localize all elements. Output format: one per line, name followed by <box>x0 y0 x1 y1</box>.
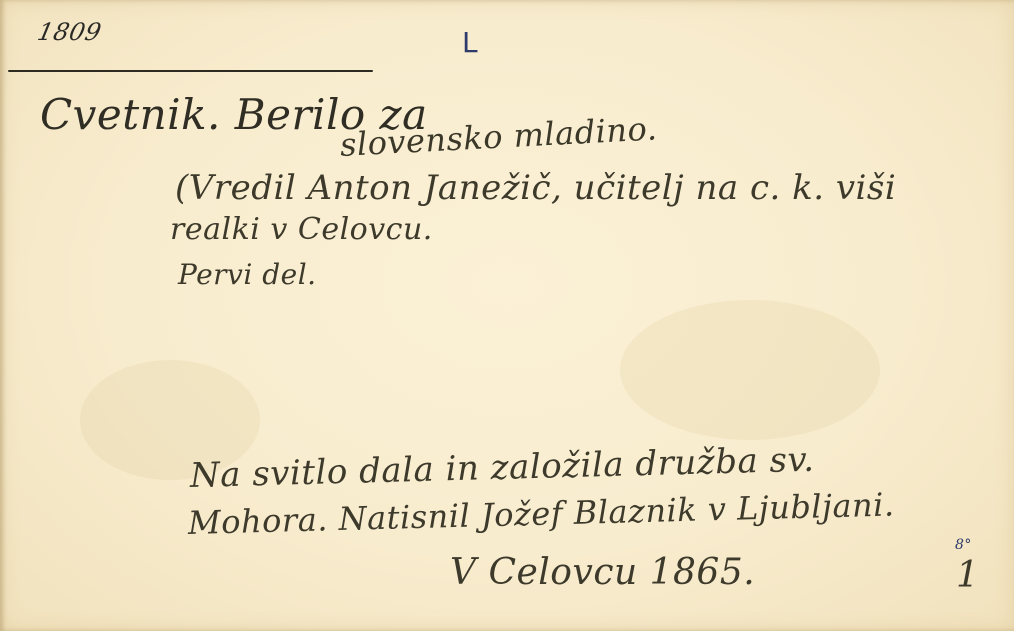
format-mark: 8° <box>955 537 972 553</box>
volume-number: 1 <box>956 555 979 596</box>
author-line-1: (Vredil Anton Janežič, učitelj na c. k. … <box>175 168 896 208</box>
paper-stain <box>620 300 880 440</box>
catalog-card: 1809 L Cvetnik. Berilo za slovensko mlad… <box>0 0 1014 631</box>
shelf-mark: L <box>462 26 478 59</box>
part-designation: Pervi del. <box>178 258 317 291</box>
publisher-line-1: Na svitlo dala in založila družba sv. <box>189 440 814 496</box>
call-number: 1809 <box>35 18 104 46</box>
header-divider <box>8 70 373 72</box>
author-line-2: realki v Celovcu. <box>170 212 433 247</box>
imprint: V Celovcu 1865. <box>450 552 755 593</box>
publisher-line-2: Mohora. Natisnil Jožef Blaznik v Ljublja… <box>188 486 895 542</box>
